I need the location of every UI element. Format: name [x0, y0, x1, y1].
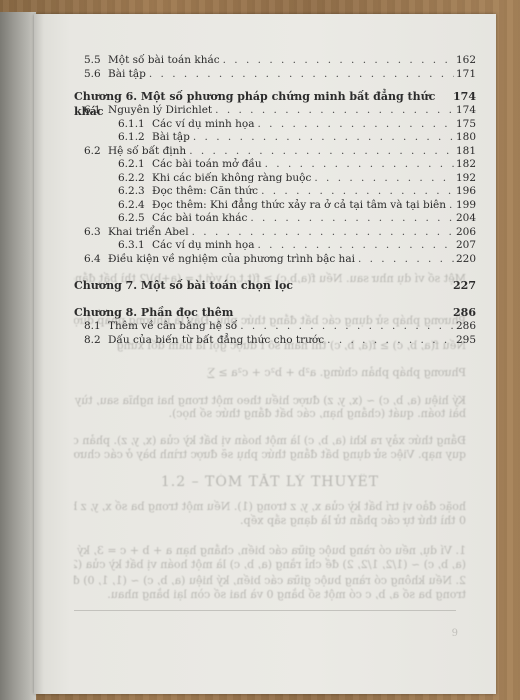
toc-entry-page: 295 — [454, 334, 476, 348]
toc-entry-number: 6.4 — [84, 253, 108, 267]
toc-entry: 6.2.2Khi các biến không ràng buộc . . . … — [74, 172, 476, 186]
previous-page-edge — [0, 12, 36, 700]
toc-entry-number: 6.2.3 — [118, 185, 152, 199]
show-through-text: 0 thì thứ tự các phần tử là dạng sắp xếp… — [74, 514, 466, 527]
toc-entry: 6.4Điều kiện về nghiệm của phương trình … — [74, 253, 476, 267]
toc-entry: 6.1Nguyên lý Dirichlet . . . . . . . . .… — [74, 104, 476, 118]
toc-entry-title: Điều kiện về nghiệm của phương trình bậc… — [108, 253, 358, 267]
toc-entry-title: Khi các biến không ràng buộc — [152, 172, 314, 186]
show-through-heading: 1.2 – TÓM TẮT LÝ THUYẾT — [74, 474, 466, 490]
toc-spacer — [74, 293, 476, 297]
toc-chapter-heading: Chương 7. Một số bài toán chọn lọc227 — [74, 278, 476, 293]
toc-entry: 6.1.2Bài tập . . . . . . . . . . . . . .… — [74, 131, 476, 145]
toc-entry-number: 8.1 — [84, 320, 108, 334]
toc-entry-page: 199 — [454, 199, 476, 213]
toc-entry-title: Các ví dụ minh họa — [152, 239, 257, 253]
toc-chapter-heading: Chương 8. Phần đọc thêm286 — [74, 305, 476, 320]
toc-leader-dots: . . . . . . . . . . . . . . . . . . . . … — [240, 320, 454, 334]
toc-entry: 6.2.3Đọc thêm: Căn thức . . . . . . . . … — [74, 185, 476, 199]
toc-chapter-page: 286 — [451, 305, 476, 320]
toc-entry-page: 162 — [454, 54, 476, 68]
toc-entry-page: 180 — [454, 131, 476, 145]
toc-entry-number: 6.2.2 — [118, 172, 152, 186]
toc-entry-number: 6.1 — [84, 104, 108, 118]
toc-entry: 6.2Hệ số bất định . . . . . . . . . . . … — [74, 145, 476, 159]
show-through-text: Ký hiệu (a, b, c) ~ (x, y, z) được hiểu … — [74, 394, 466, 407]
toc-chapter-page: 174 — [451, 89, 476, 104]
toc-entry: 8.2Dấu của biến từ bất đẳng thức cho trư… — [74, 334, 476, 348]
show-through-text: 2. Nếu không có ràng buộc giữa các biến,… — [74, 574, 466, 587]
toc-entry-page: 171 — [454, 68, 476, 82]
toc-entry: 5.6Bài tập . . . . . . . . . . . . . . .… — [74, 68, 476, 82]
toc-entry: 6.2.1Các bài toán mở đầu . . . . . . . .… — [74, 158, 476, 172]
show-through-text: hoặc đảo vị trí bất kỳ của x, y, z trong… — [74, 500, 466, 513]
toc-leader-dots: . . . . . . . . . . . . . . . . . . . . … — [250, 212, 454, 226]
toc-entry: 6.2.5Các bài toán khác . . . . . . . . .… — [74, 212, 476, 226]
toc-entry-number: 6.1.1 — [118, 118, 152, 132]
show-through-text: (a, b, c) ~ (1/2, 1/2, 2) để chỉ rằng (a… — [74, 558, 466, 571]
table-of-contents: 5.5Một số bài toán khác . . . . . . . . … — [74, 54, 476, 351]
show-through-text: bài toán. quát (chẳng hạn, các bất đẳng … — [74, 407, 466, 420]
toc-entry-title: Một số bài toán khác — [108, 54, 223, 68]
toc-entry-title: Bài tập — [152, 131, 193, 145]
toc-entry-number: 8.2 — [84, 334, 108, 348]
toc-leader-dots: . . . . . . . . . . . . . . . . . . . . … — [257, 239, 453, 253]
toc-entry-title: Đọc thêm: Khi đẳng thức xảy ra ở cả tại … — [152, 199, 449, 213]
toc-leader-dots: . . . . . . . . . . . . . . . . . . . . … — [314, 172, 454, 186]
toc-entry-title: Thêm về cân bằng hệ số — [108, 320, 240, 334]
spine-shadow — [34, 14, 44, 694]
show-through-footer-rule — [74, 610, 456, 611]
show-through-text: quy nạp. Việc sử dụng bất đẳng thức phụ … — [74, 448, 466, 461]
toc-entry-page: 204 — [454, 212, 476, 226]
toc-leader-dots: . . . . . . . . . . . . . . . . . . . . … — [261, 185, 454, 199]
toc-entry-title: Khai triển Abel — [108, 226, 192, 240]
toc-entry-title: Bài tập — [108, 68, 149, 82]
toc-chapter-title: Chương 8. Phần đọc thêm — [74, 305, 451, 320]
show-through-text: Phương pháp phản chứng. a²b + b²c + c²a … — [74, 366, 466, 379]
toc-leader-dots: . . . . . . . . . . . . . . . . . . . . … — [189, 145, 454, 159]
toc-leader-dots: . . . . . . . . . . . . . . . . . . . . … — [149, 68, 454, 82]
toc-leader-dots: . . . . . . . . . . . . . . . . . . . . … — [265, 158, 454, 172]
show-through-text: 1. Ví dụ, nếu có ràng buộc giữa các biến… — [74, 544, 466, 557]
toc-entry-number: 6.2.5 — [118, 212, 152, 226]
toc-entry: 6.1.1Các ví dụ minh họa . . . . . . . . … — [74, 118, 476, 132]
toc-entry-page: 220 — [454, 253, 476, 267]
toc-entry-number: 6.2 — [84, 145, 108, 159]
toc-entry: 8.1Thêm về cân bằng hệ số . . . . . . . … — [74, 320, 476, 334]
toc-chapter-heading: Chương 6. Một số phương pháp chứng minh … — [74, 89, 476, 104]
toc-entry: 6.3.1Các ví dụ minh họa . . . . . . . . … — [74, 239, 476, 253]
toc-entry: 6.3Khai triển Abel . . . . . . . . . . .… — [74, 226, 476, 240]
show-through-text: Đẳng thức xảy ra khi (a, b, c) là một ho… — [74, 434, 466, 447]
toc-entry-title: Các bài toán mở đầu — [152, 158, 265, 172]
toc-entry-page: 286 — [454, 320, 476, 334]
toc-leader-dots: . . . . . . . . . . . . . . . . . . . . … — [215, 104, 454, 118]
toc-entry-title: Đọc thêm: Căn thức — [152, 185, 261, 199]
toc-leader-dots: . . . . . . . . . . . . . . . . . . . . … — [257, 118, 453, 132]
toc-leader-dots: . . . . . . . . . . . . . . . . . . . . … — [327, 334, 454, 348]
toc-entry-page: 181 — [454, 145, 476, 159]
toc-leader-dots: . . . . . . . . . . . . . . . . . . . . … — [358, 253, 454, 267]
toc-entry-page: 207 — [454, 239, 476, 253]
toc-entry-number: 6.3 — [84, 226, 108, 240]
toc-entry-page: 196 — [454, 185, 476, 199]
toc-leader-dots: . . . . . . . . . . . . . . . . . . . . … — [223, 54, 454, 68]
toc-leader-dots: . . . . . . . . . . . . . . . . . . . . … — [192, 226, 454, 240]
toc-entry-title: Nguyên lý Dirichlet — [108, 104, 215, 118]
toc-entry-title: Dấu của biến từ bất đẳng thức cho trước — [108, 334, 327, 348]
toc-chapter-title: Chương 7. Một số bài toán chọn lọc — [74, 278, 451, 293]
toc-chapter-page: 227 — [451, 278, 476, 293]
toc-entry-title: Hệ số bất định — [108, 145, 189, 159]
toc-entry: 5.5Một số bài toán khác . . . . . . . . … — [74, 54, 476, 68]
toc-spacer — [74, 347, 476, 351]
toc-entry-number: 5.5 — [84, 54, 108, 68]
toc-entry: 6.2.4Đọc thêm: Khi đẳng thức xảy ra ở cả… — [74, 199, 476, 213]
toc-entry-page: 206 — [454, 226, 476, 240]
toc-entry-page: 182 — [454, 158, 476, 172]
toc-entry-number: 6.1.2 — [118, 131, 152, 145]
toc-entry-page: 174 — [454, 104, 476, 118]
toc-entry-title: Các ví dụ minh họa — [152, 118, 257, 132]
toc-entry-number: 6.2.4 — [118, 199, 152, 213]
toc-entry-number: 6.3.1 — [118, 239, 152, 253]
show-through-text: trong ba số a, b, c có một số bằng 0 và … — [74, 588, 466, 601]
toc-spacer — [74, 266, 476, 270]
toc-entry-number: 6.2.1 — [118, 158, 152, 172]
toc-leader-dots: . . . . . . . . . . . . . . . . . . . . … — [193, 131, 454, 145]
toc-entry-page: 175 — [454, 118, 476, 132]
show-through-page-number: 9 — [452, 628, 458, 639]
toc-entry-number: 5.6 — [84, 68, 108, 82]
book-page: Mệt số ví dụ như sau. Nếu f(a,b,c) ≥ f(t… — [34, 14, 496, 694]
toc-entry-page: 192 — [454, 172, 476, 186]
toc-entry-title: Các bài toán khác — [152, 212, 250, 226]
